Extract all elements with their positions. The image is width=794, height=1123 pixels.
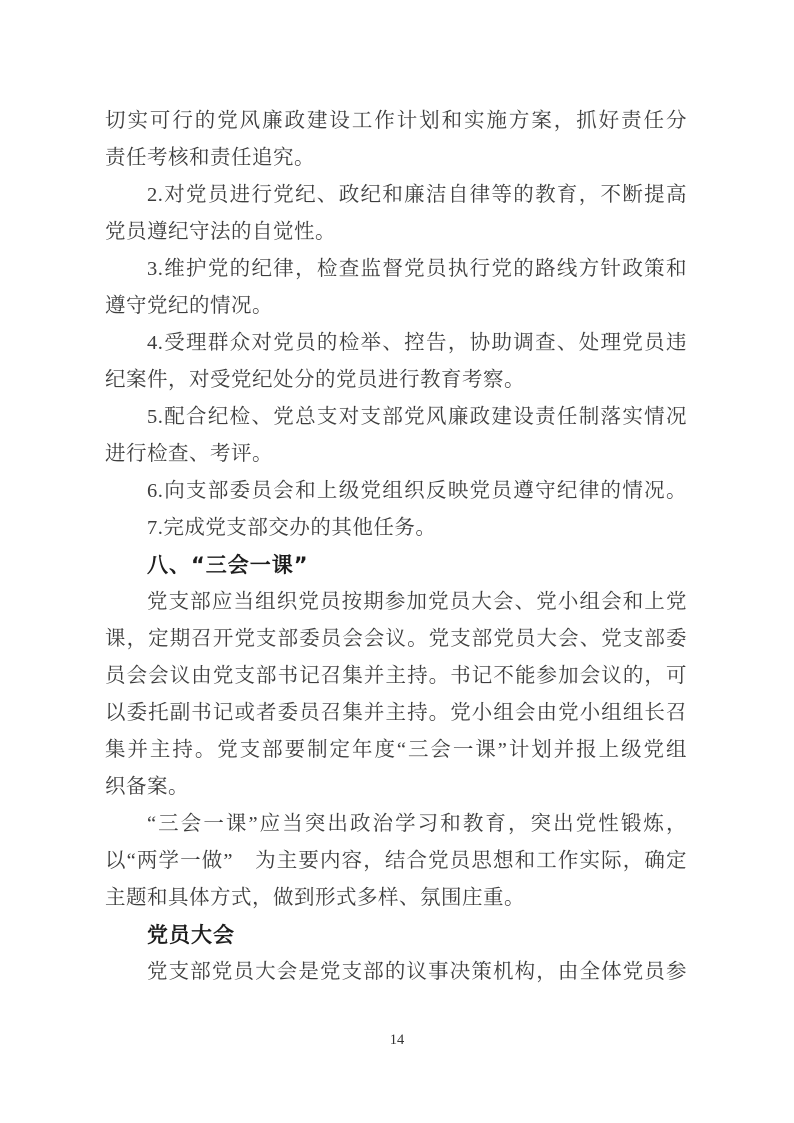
text-line: 3.维护党的纪律，检查监督党员执行党的路线方针政策和	[105, 251, 687, 288]
page-content: 切实可行的党风廉政建设工作计划和实施方案，抓好责任分解、 责任考核和责任追究。 …	[105, 103, 687, 991]
text-line: 集并主持。党支部要制定年度“三会一课”计划并报上级党组	[105, 732, 687, 769]
text-line: 以委托副书记或者委员召集并主持。党小组会由党小组组长召	[105, 695, 687, 732]
text-line: 纪案件，对受党纪处分的党员进行教育考察。	[105, 362, 687, 399]
text-line: 责任考核和责任追究。	[105, 140, 687, 177]
text-line: 5.配合纪检、党总支对支部党风廉政建设责任制落实情况	[105, 399, 687, 436]
text-line: 4.受理群众对党员的检举、控告，协助调查、处理党员违	[105, 325, 687, 362]
page-number: 14	[0, 1032, 794, 1049]
text-line: 2.对党员进行党纪、政纪和廉洁自律等的教育，不断提高	[105, 177, 687, 214]
text-line: 党支部党员大会是党支部的议事决策机构，由全体党员参	[105, 954, 687, 991]
document-page: 切实可行的党风廉政建设工作计划和实施方案，抓好责任分解、 责任考核和责任追究。 …	[0, 0, 794, 1123]
text-line: 7.完成党支部交办的其他任务。	[105, 510, 687, 547]
text-line: 党支部应当组织党员按期参加党员大会、党小组会和上党	[105, 584, 687, 621]
text-line: 员会会议由党支部书记召集并主持。书记不能参加会议的，可	[105, 658, 687, 695]
text-line: 切实可行的党风廉政建设工作计划和实施方案，抓好责任分解、	[105, 103, 687, 140]
text-line: 主题和具体方式，做到形式多样、氛围庄重。	[105, 880, 687, 917]
section-heading-dangyuandahui: 党员大会	[105, 917, 687, 954]
text-line: 6.向支部委员会和上级党组织反映党员遵守纪律的情况。	[105, 473, 687, 510]
text-line: 课，定期召开党支部委员会会议。党支部党员大会、党支部委	[105, 621, 687, 658]
text-line: 织备案。	[105, 769, 687, 806]
text-line: 党员遵纪守法的自觉性。	[105, 214, 687, 251]
text-line: 遵守党纪的情况。	[105, 288, 687, 325]
text-line: 以“两学一做” 为主要内容，结合党员思想和工作实际，确定	[105, 843, 687, 880]
text-line: 进行检查、考评。	[105, 436, 687, 473]
text-line: “三会一课”应当突出政治学习和教育，突出党性锻炼，	[105, 806, 687, 843]
section-heading-sanhuiyike: 八、“三会一课”	[105, 547, 687, 584]
